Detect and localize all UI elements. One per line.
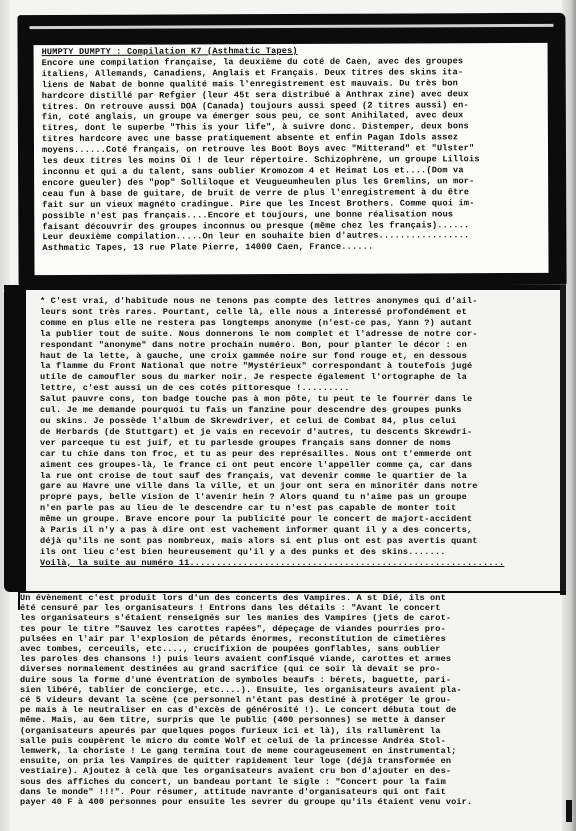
letter-line: la publier tout de suite. Nous donnerons… — [40, 329, 560, 340]
concert-line: cé 5 videurs devant la scène (ce personn… — [20, 695, 560, 705]
letter-line: ver parceque tu est juif, et tu parlesde… — [40, 438, 560, 449]
letter-line: lettre, c'est aussi un de ces cotés pitt… — [40, 383, 560, 394]
letters-top-rule — [4, 285, 566, 290]
concert-line: Un évènement c'est produit lors d'un des… — [20, 593, 560, 603]
concert-line: tes pour le titre "Sauvez les carottes r… — [20, 624, 560, 634]
letter-line: leurs sont très rares. Pourtant, celle l… — [40, 307, 560, 318]
letter-line: de Herbards (de Stuttgart) et je vais en… — [40, 427, 560, 438]
letter-line: respondant "anonyme" dans notre prochain… — [40, 340, 560, 351]
letter-line: propre pays, belle vision de l'avenir he… — [40, 492, 560, 503]
letter-line: gare au Havre une ville dans la ville, e… — [40, 481, 560, 492]
letter-line: utile de camoufler sous du marker noir. … — [40, 372, 560, 383]
letter-line: car tu chie dans ton froc, et tu as peur… — [40, 449, 560, 460]
concert-line: pulsées en l'air par l'explosion de péta… — [20, 634, 560, 644]
letter-line: * C'est vrai, d'habitude nous ne tenons … — [40, 296, 560, 307]
concert-line: diverses normalement destinées au grand … — [20, 664, 560, 674]
concert-report-section: Un évènement c'est produit lors d'un des… — [20, 593, 560, 807]
concert-line: même. Mais, au 6em titre, surpris que le… — [20, 715, 560, 725]
concert-line: salle puis coupèrent le micro du comte W… — [20, 736, 560, 746]
letter-line: la rue ont croise de tout sauf des franç… — [40, 471, 560, 482]
concert-line: sien libéré, tablier de concierge, etc..… — [20, 685, 560, 695]
letters-section: * C'est vrai, d'habitude nous ne tenons … — [40, 296, 560, 569]
letter-line: déjà qu'ils ne sont pas nombreux, mais a… — [40, 536, 560, 547]
review-body: Encore une compilation française, la deu… — [42, 56, 549, 255]
concert-line: payer 40 F à 400 personnes pour ensuite … — [20, 797, 560, 807]
scan-corner-mark — [566, 800, 572, 822]
letter-line: haut de la lette, à gauche, une croix ga… — [40, 351, 560, 362]
letter-line: la flamme du Front National que notre "M… — [40, 361, 560, 372]
letters-side-bar — [4, 288, 26, 592]
frame-highlight-strip — [29, 24, 553, 29]
concert-line: pe mais à le neutraliser en cas d'excès … — [20, 705, 560, 715]
letter-line: ou skins. Je possède l'album de Skrewdri… — [40, 416, 560, 427]
letter-line: ils ont lieu c'est bien heureusement qu'… — [40, 547, 560, 558]
concert-line: les organisateurs s'étaient renseignés s… — [20, 613, 560, 623]
review-frame: HUMPTY DUMPTY : Compilation K7 (Asthmati… — [17, 13, 566, 287]
letter-line: n'en parle pas au lieu de le descendre c… — [40, 503, 560, 514]
concert-line: vestiaire). Ajoutez à celà que les organ… — [20, 766, 560, 776]
review-line: encore gueuler) des "pop" Solliloque et … — [42, 176, 548, 189]
review-box: HUMPTY DUMPTY : Compilation K7 (Asthmati… — [34, 43, 549, 275]
letter-line: Voilà, la suite au numéro 11............… — [40, 558, 560, 569]
concert-line: avec tombes, cerceuils, etc...., crucifi… — [20, 644, 560, 654]
letter-line: même un groupe. Brave encore pour la pub… — [40, 514, 560, 525]
concert-report-body: Un évènement c'est produit lors d'un des… — [20, 593, 560, 807]
concert-line: ensuite, on pria les Vampires de quitter… — [20, 756, 560, 766]
letters-body: * C'est vrai, d'habitude nous ne tenons … — [40, 296, 560, 569]
concert-line: lemwerk, la choriste ! Le gang termina t… — [20, 746, 560, 756]
concert-line: duire sous la forme d'une éventration de… — [20, 675, 560, 685]
letter-line: à Paris il n'y a pas à dire ont est vach… — [40, 525, 560, 536]
concert-line: été censuré par les organisateurs ! Entr… — [20, 603, 560, 613]
letters-right-bar — [560, 285, 566, 595]
review-line: Asthmatic Tapes, 13 rue Plate Pierre, 14… — [42, 241, 548, 254]
review-line: fait sur un vieux magnéto cradingue. Pir… — [42, 198, 548, 211]
concert-line: sous des affiches du concert, un bandeau… — [20, 777, 560, 787]
letter-line: comme en plus elle ne restera pas longte… — [40, 318, 560, 329]
letter-line: cul. Je me demande pourquoi tu fais un f… — [40, 405, 560, 416]
letter-line: Salut pauvre cons, ton badge touche pas … — [40, 394, 560, 405]
letter-line: aiment ces groupes-là, le france ci ont … — [40, 460, 560, 471]
concert-line: (organisateurs apeurés par quelques pogo… — [20, 726, 560, 736]
concert-line: dans le monde" !!!". Pour résumer, attit… — [20, 787, 560, 797]
concert-line: les paroles des chansons !) puis leurs a… — [20, 654, 560, 664]
